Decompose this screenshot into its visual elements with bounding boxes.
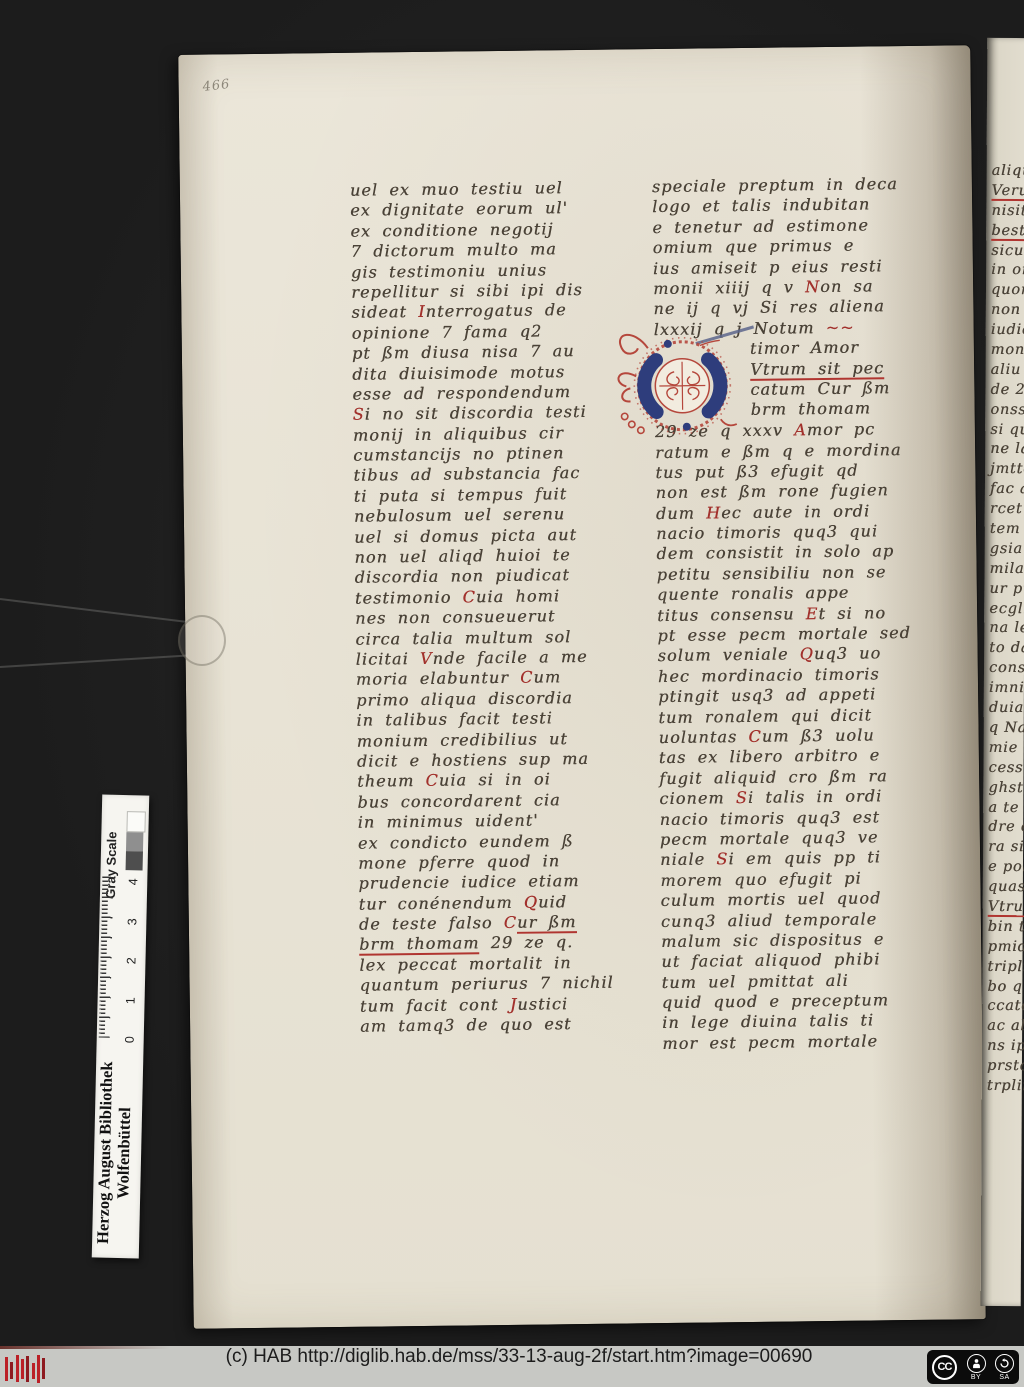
next-page-text-line: gsia ul ue [990, 540, 1024, 560]
next-page-text-line: ra simplit [988, 838, 1024, 858]
ruler-number: 1 [124, 990, 138, 1004]
ruler-numbers: 43210 [102, 795, 149, 796]
next-page-text-line: ccatoib [987, 997, 1024, 1017]
grayscale-patch-dark-gray [126, 851, 143, 870]
next-page-text-line: trplint [987, 1077, 1024, 1097]
next-page-text-line: imnit ma [989, 679, 1024, 699]
next-page-text-line: quas fe [988, 878, 1024, 898]
manuscript-text-line: Vtrum sit pec [750, 357, 950, 380]
library-name-label: Herzog August Bibliothek Wolfenbüttel [93, 1046, 138, 1259]
illuminated-initial-icon [604, 321, 758, 451]
next-page-text-line: ur pua ma [989, 580, 1024, 600]
next-page-text-line: rcet si fin [990, 500, 1024, 520]
next-page-text-line: onssia re [990, 401, 1024, 421]
next-page-text-line: bo q e [987, 977, 1024, 997]
grayscale-patch-white [126, 811, 145, 832]
next-page-text-line: sicut pti [991, 241, 1024, 261]
ruler-number: 2 [124, 950, 138, 964]
manuscript-text-line: mor est pecm mortale [662, 1030, 958, 1054]
next-page-text-line: dre est no [988, 818, 1024, 838]
ruler-number: 0 [123, 1029, 137, 1043]
next-page-text-line: to dampnit [989, 639, 1024, 659]
next-page-text-line: na ledur [989, 619, 1024, 639]
ruler-number: 4 [126, 871, 140, 885]
next-page-text-line: fac a pm [990, 480, 1024, 500]
grayscale-patch-mid-gray [126, 832, 143, 851]
manuscript-text-line: am tamq3 de quo est [360, 1013, 646, 1037]
next-page-text-line: aliu dic [991, 361, 1024, 381]
manuscript-text-line: quantum periurus 7 nichil [360, 972, 646, 996]
next-page-text-line: in on q [991, 261, 1024, 281]
manuscript-text-line: pt esse pecm mortale sed [657, 622, 953, 646]
cc-sa-label: SA [999, 1374, 1009, 1381]
copyright-caption: (c) HAB http://diglib.hab.de/mss/33-13-a… [0, 1346, 1024, 1387]
next-page-text-line: ac alsq [987, 1017, 1024, 1037]
next-page-text-line: triplint vio [987, 958, 1024, 978]
footer-bar: (c) HAB http://diglib.hab.de/mss/33-13-a… [0, 1346, 1024, 1387]
next-page-text-line: q Nam et [989, 719, 1024, 739]
next-page-text-line: bestum s [991, 222, 1024, 242]
next-page-text-line: bin thoma [988, 918, 1024, 938]
cc-sa-item: SA [995, 1354, 1014, 1381]
next-page-text-line: ns ipa e [987, 1037, 1024, 1057]
cc-by-item: BY [967, 1354, 986, 1381]
next-page-text-line: ghstas q [988, 779, 1024, 799]
next-page-text-line: iudicat q [991, 321, 1024, 341]
grayscale-patches [126, 811, 144, 870]
next-page-text-line: prstolat ia [987, 1057, 1024, 1077]
next-page-text-line: si quis p [990, 421, 1024, 441]
page-holder-clip [178, 615, 226, 666]
right-column-lower-lines: 29 ze q xxxv Amor pcratum e ßm q e mordi… [655, 419, 959, 1055]
manuscript-text-line: catum Cur ßm [750, 377, 950, 400]
photo-stage: 466 uel ex muo testiu uelex dignitate eo… [0, 0, 1024, 1346]
next-page-text-line: jmttet a [990, 460, 1024, 480]
next-page-partial-text: aliquamVerum innisit a pbestum ssicut pt… [987, 162, 1024, 1097]
next-page-text-line: Verum in [991, 182, 1024, 202]
next-page-text-line: ne lampin [990, 440, 1024, 460]
cc-by-person-icon [967, 1354, 986, 1373]
next-page-text-line: de 2 mo [990, 381, 1024, 401]
next-page-text-line: aliquam [992, 162, 1024, 182]
next-page-text-line: Vtrum [988, 898, 1024, 918]
next-page-text-line: mie boim [989, 739, 1024, 759]
next-page-text-line: duia iuid [989, 699, 1024, 719]
text-column-right: speciale preptum in decalogo et talis in… [652, 173, 959, 1054]
cc-logo-icon: CC [932, 1355, 957, 1380]
calibration-strip: Gray Scale 43210 Herzog August Bibliothe… [92, 795, 149, 1259]
text-column-left: uel ex muo testiu uelex dignitate eorum … [350, 177, 646, 1037]
cc-license-badge[interactable]: CC BY SA [927, 1350, 1019, 1384]
next-page-text-line: monqt q [991, 341, 1024, 361]
page-holder-strip [0, 598, 187, 622]
manuscript-text-line: brm thomam [751, 398, 951, 421]
digitized-manuscript-viewer: { "colors": { "background": "#1e1e1e", "… [0, 0, 1024, 1387]
decorated-initial-block: timor AmorVtrum sit peccatum Cur ßmbrm t… [654, 337, 951, 423]
next-page-text-line: a te der [988, 798, 1024, 818]
next-page-text-line: ecglia ul [989, 600, 1024, 620]
next-page-text-line: pmideat [988, 938, 1024, 958]
next-page-text-line: tem q pm [990, 520, 1024, 540]
page-holder-strip [0, 655, 188, 668]
right-column-beside-initial: timor AmorVtrum sit peccatum Cur ßmbrm t… [750, 337, 951, 421]
next-page-text-line: mila mag [989, 560, 1024, 580]
next-page-text-line: cessitas p [988, 759, 1024, 779]
manuscript-text-line: timor Amor [750, 337, 950, 360]
cc-sa-arrow-icon [995, 1354, 1014, 1373]
folio-number-pencil: 466 [202, 77, 231, 95]
next-page-text-line: quoribum [991, 281, 1024, 301]
cc-by-label: BY [971, 1374, 981, 1381]
next-page-edge: aliquamVerum innisit a pbestum ssicut pt… [981, 38, 1024, 1306]
ruler-number: 3 [125, 911, 139, 925]
ruler-ticks-major [99, 877, 114, 1038]
next-page-text-line: e polimbia [988, 858, 1024, 878]
right-column-upper-lines: speciale preptum in decalogo et talis in… [652, 173, 950, 340]
next-page-text-line: conspuit [989, 659, 1024, 679]
next-page-text-line: nisit a p [991, 202, 1024, 222]
manuscript-page: 466 uel ex muo testiu uelex dignitate eo… [178, 45, 986, 1329]
next-page-text-line: non simu [991, 301, 1024, 321]
